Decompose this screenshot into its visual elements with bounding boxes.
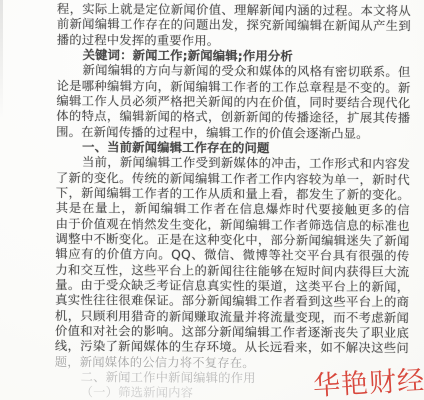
text-line-14: 其是在量上，新闻编辑工作者在信息爆炸时代要接触更多的信息， bbox=[56, 201, 410, 218]
text-line-11: 当前，新闻编辑工作受到新媒体的冲击，工作形式和内容发生 bbox=[56, 155, 410, 172]
scanned-page: 程，实际上就是定位新闻价值、理解新闻内涵的过程。本文将从当前新闻编辑工作存在的问… bbox=[0, 0, 424, 400]
article-text: 程，实际上就是定位新闻价值、理解新闻内涵的过程。本文将从当前新闻编辑工作存在的问… bbox=[55, 2, 411, 400]
text-line-8: 体的特点，编辑新闻的格式，创新新闻的传播途径，扩展其传播范 bbox=[56, 109, 410, 126]
watermark-text: 华艳财经 bbox=[312, 358, 424, 400]
text-line-23: 线，污染了新闻媒体的生存环境。从长远看来，如不解决这些问 bbox=[55, 339, 409, 356]
scan-edge-smudge bbox=[0, 0, 3, 120]
text-line-20: 真实性往往很难保证。部分新闻编辑工作者看到这些平台上的商 bbox=[55, 293, 409, 310]
text-line-2: 前新闻编辑工作存在的问题出发，探究新闻编辑在新闻从产生到传 bbox=[57, 17, 411, 34]
text-line-17: 辑应有的价值方向。QQ、微信、微博等社交平台具有很强的传播能 bbox=[55, 247, 409, 264]
text-line-5: 新闻编辑的方向与新闻的受众和媒体的风格有密切联系。但无 bbox=[57, 63, 411, 80]
